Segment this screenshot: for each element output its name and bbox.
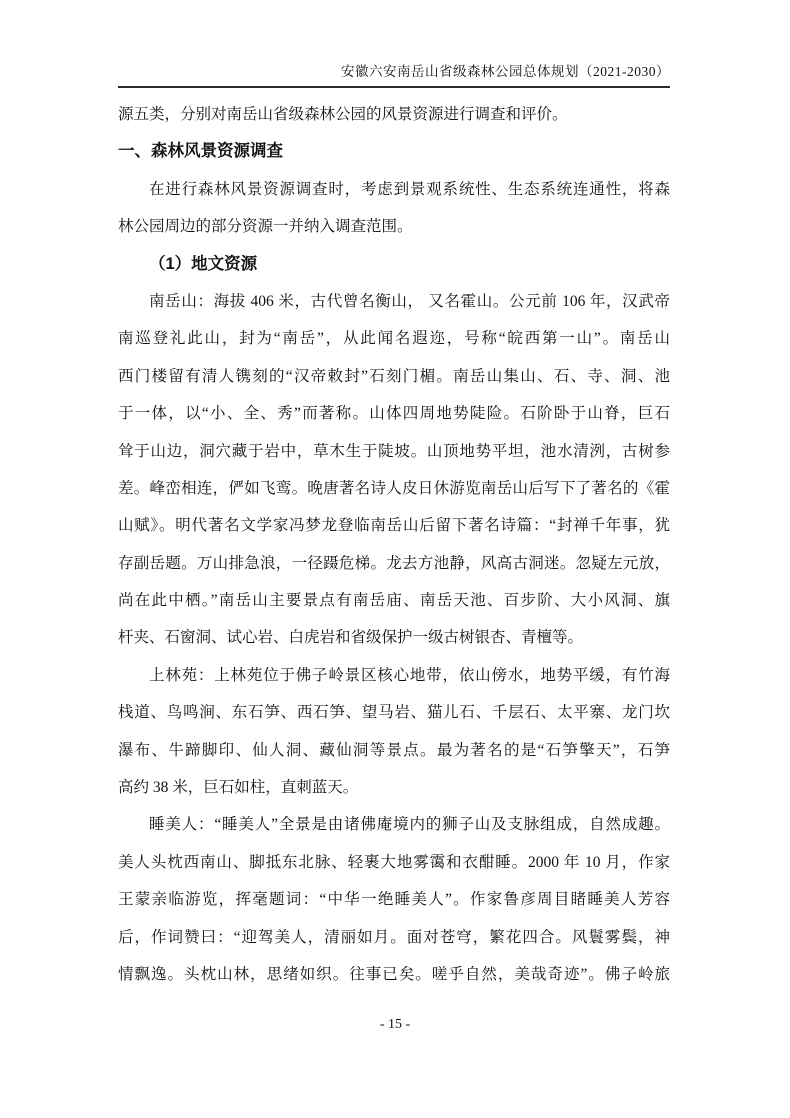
text-line: 南巡登礼此山，封为“南岳”，从此闻名遐迩，号称“皖西第一山”。南岳山 (118, 320, 670, 357)
text-line: 源五类，分别对南岳山省级森林公园的风景资源进行调查和评价。 (118, 96, 670, 133)
text-line: 在进行森林风景资源调查时，考虑到景观系统性、生态系统连通性，将森 (118, 171, 670, 208)
text-line: 西门楼留有清人镌刻的“汉帝敕封”石刻门楣。南岳山集山、石、寺、洞、池 (118, 358, 670, 395)
text-line: 杆夹、石窗洞、试心岩、白虎岩和省级保护一级古树银杏、青檀等。 (118, 619, 670, 656)
text-line: 栈道、鸟鸣涧、东石笋、西石笋、望马岩、猫儿石、千层石、太平寨、龙门坎 (118, 694, 670, 731)
text-line: 上林苑：上林苑位于佛子岭景区核心地带，依山傍水，地势平缓，有竹海 (118, 657, 670, 694)
text-line: 存副岳题。万山排急浪，一径蹑危梯。龙去方池静，风高古洞迷。忽疑左元放， (118, 545, 670, 582)
subsection-heading: （1）地文资源 (118, 246, 670, 283)
text-line: 山赋》。明代著名文学家冯梦龙登临南岳山后留下著名诗篇：“封禅千年事，犹 (118, 507, 670, 544)
text-line: 王蒙亲临游览，挥毫题词：“中华一绝睡美人”。作家鲁彦周目睹睡美人芳容 (118, 881, 670, 918)
text-line: 尚在此中栖。”南岳山主要景点有南岳庙、南岳天池、百步阶、大小风洞、旗 (118, 582, 670, 619)
document-page: 安徽六安南岳山省级森林公园总体规划（2021-2030） 源五类，分别对南岳山省… (0, 0, 790, 1118)
text-line: 林公园周边的部分资源一并纳入调查范围。 (118, 208, 670, 245)
document-body: 源五类，分别对南岳山省级森林公园的风景资源进行调查和评价。 一、森林风景资源调查… (118, 96, 670, 993)
text-line: 差。峰峦相连，俨如飞鸾。晚唐著名诗人皮日休游览南岳山后写下了著名的《霍 (118, 470, 670, 507)
text-line: 睡美人：“睡美人”全景是由诸佛庵境内的狮子山及支脉组成，自然成趣。 (118, 806, 670, 843)
text-line: 耸于山边，洞穴藏于岩中，草木生于陡坡。山顶地势平坦，池水清洌，古树参 (118, 433, 670, 470)
text-line: 南岳山：海拔 406 米，古代曾名衡山， 又名霍山。公元前 106 年，汉武帝 (118, 283, 670, 320)
page-header-title: 安徽六安南岳山省级森林公园总体规划（2021-2030） (118, 62, 670, 88)
text-line: 高约 38 米，巨石如柱，直刺蓝天。 (118, 769, 670, 806)
text-line: 情飘逸。头枕山林，思绪如织。往事已矣。嗟乎自然，美哉奇迹”。佛子岭旅 (118, 956, 670, 993)
text-line: 后，作词赞曰：“迎驾美人，清丽如月。面对苍穹，繁花四合。风鬟雾鬓，神 (118, 919, 670, 956)
text-line: 美人头枕西南山、脚抵东北脉、轻裹大地雾霭和衣酣睡。2000 年 10 月，作家 (118, 844, 670, 881)
page-number: - 15 - (0, 1014, 790, 1036)
text-line: 瀑布、牛蹄脚印、仙人洞、藏仙洞等景点。最为著名的是“石笋擎天”，石笋 (118, 732, 670, 769)
text-line: 于一体，以“小、全、秀”而著称。山体四周地势陡险。石阶卧于山脊，巨石 (118, 395, 670, 432)
section-heading: 一、森林风景资源调查 (118, 133, 670, 170)
